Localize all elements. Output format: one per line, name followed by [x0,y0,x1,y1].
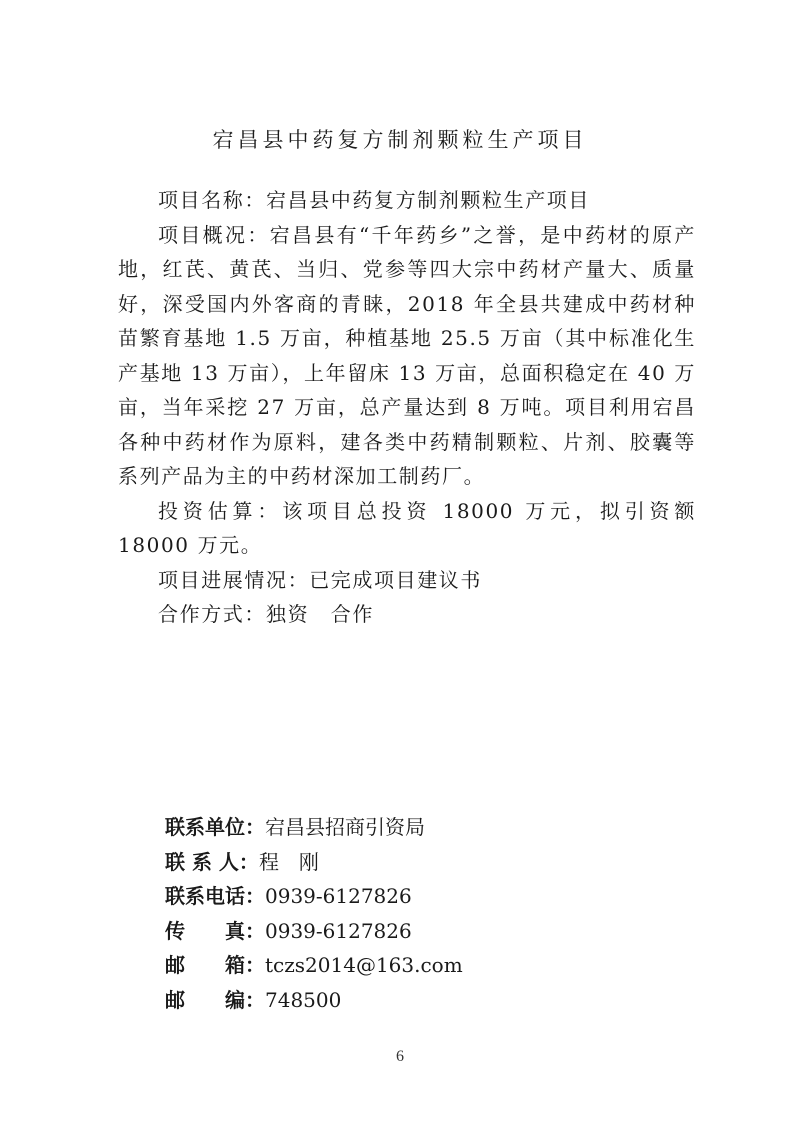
contact-person: 联 系 人：程 刚 [165,845,463,880]
contact-postcode: 邮 编：748500 [165,983,463,1018]
contact-email: 邮 箱：tczs2014@163.com [165,948,463,983]
project-overview: 项目概况：宕昌县有“千年药乡”之誉，是中药材的原产地，红芪、黄芪、当归、党参等四… [118,218,696,494]
cooperation-mode: 合作方式：独资 合作 [118,597,696,632]
contact-fax: 传 真：0939-6127826 [165,914,463,949]
contact-unit: 联系单位：宕昌县招商引资局 [165,810,463,845]
investment-estimate: 投资估算：该项目总投资 18000 万元，拟引资额 18000 万元。 [118,494,696,563]
contact-phone: 联系电话：0939-6127826 [165,879,463,914]
project-name: 项目名称：宕昌县中药复方制剂颗粒生产项目 [118,183,696,218]
project-body: 项目名称：宕昌县中药复方制剂颗粒生产项目 项目概况：宕昌县有“千年药乡”之誉，是… [118,183,696,632]
document-title: 宕昌县中药复方制剂颗粒生产项目 [0,124,800,154]
contact-block: 联系单位：宕昌县招商引资局 联 系 人：程 刚 联系电话：0939-612782… [165,810,463,1018]
project-progress: 项目进展情况：已完成项目建议书 [118,563,696,598]
page-number: 6 [0,1048,800,1066]
